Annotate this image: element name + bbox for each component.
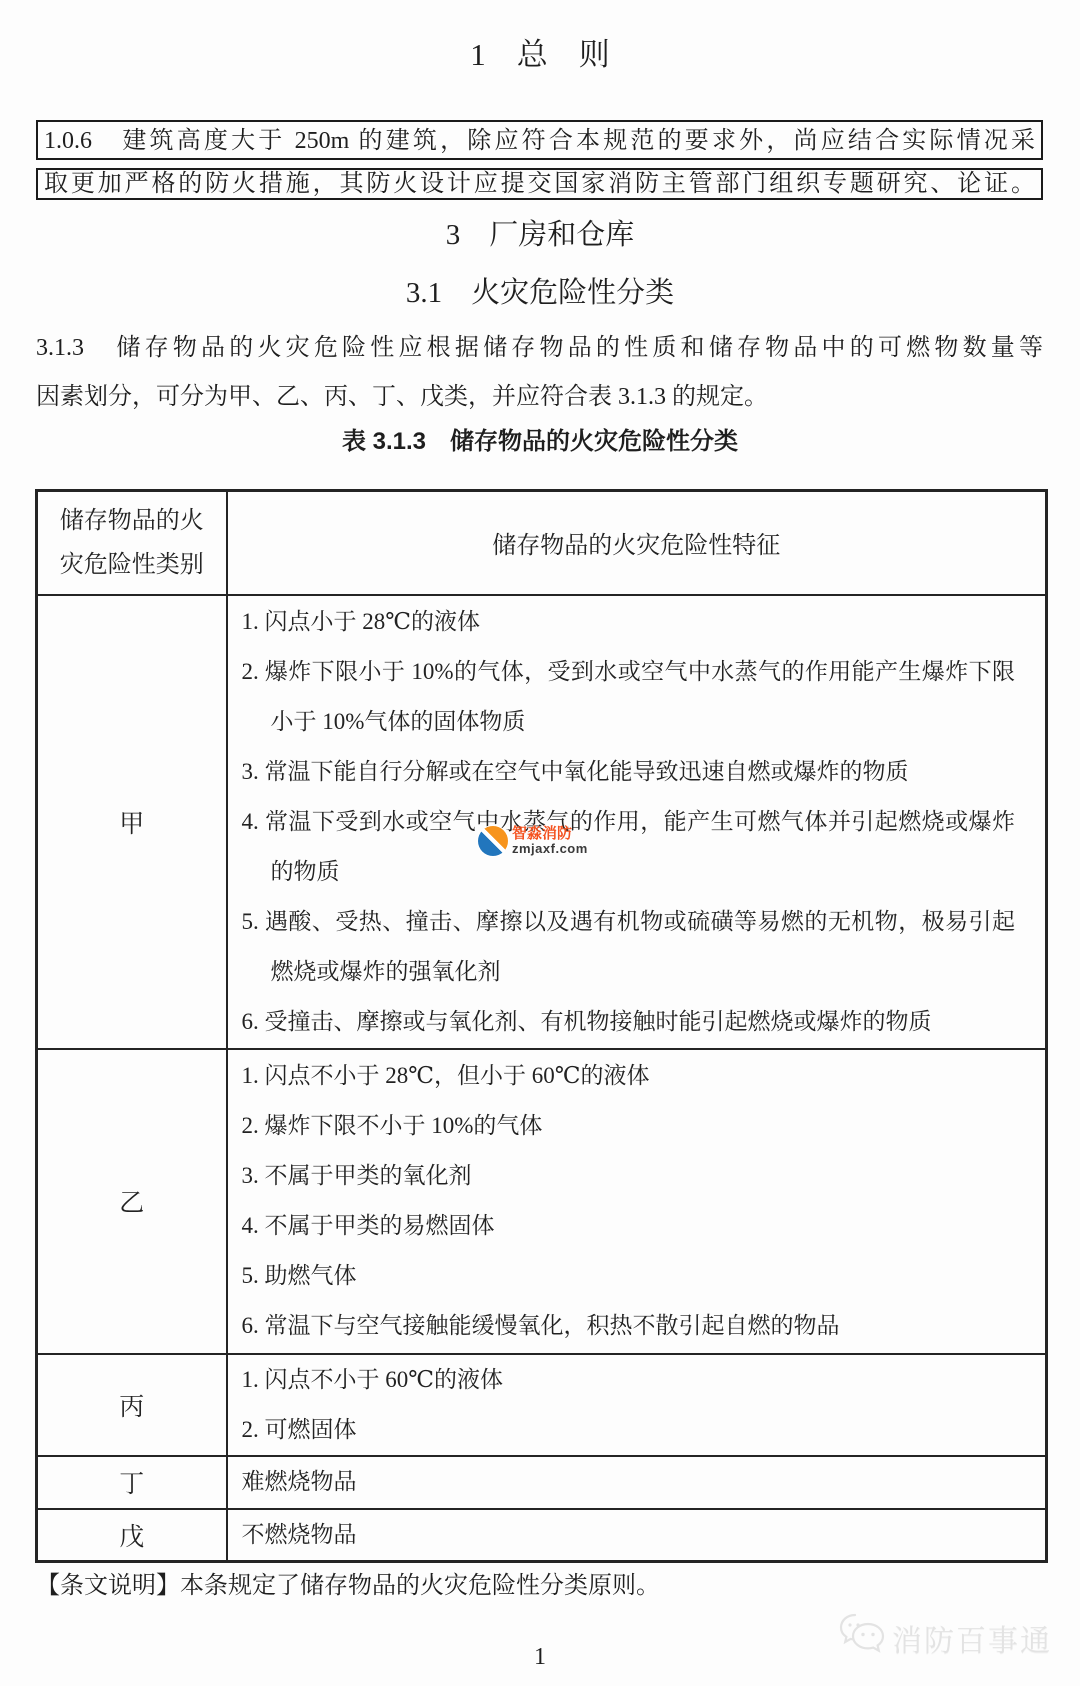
feature-item: 不燃烧物品: [242, 1510, 1016, 1560]
table-caption: 表 3.1.3 储存物品的火灾危险性分类: [0, 421, 1080, 456]
feature-item: 5. 遇酸、受热、撞击、摩擦以及遇有机物或硫磺等易燃的无机物，极易引起燃烧或爆炸…: [242, 897, 1016, 997]
table-row-jia: 甲 1. 闪点小于 28℃的液体 2. 爆炸下限小于 10%的气体，受到水或空气…: [37, 595, 1047, 1049]
watermark-brand-name: 智淼消防: [512, 826, 588, 842]
features-cell-ding: 难燃烧物品: [227, 1456, 1047, 1509]
feature-item: 1. 闪点小于 28℃的液体: [242, 597, 1016, 647]
table-row-yi: 乙 1. 闪点不小于 28℃，但小于 60℃的液体 2. 爆炸下限不小于 10%…: [37, 1049, 1047, 1354]
features-cell-yi: 1. 闪点不小于 28℃，但小于 60℃的液体 2. 爆炸下限不小于 10%的气…: [227, 1049, 1047, 1354]
regulation-box-line-1: 1.0.6 建筑高度大于 250m 的建筑，除应符合本规范的要求外，尚应结合实际…: [36, 120, 1043, 160]
table-row-wu: 戊 不燃烧物品: [37, 1509, 1047, 1562]
feature-item: 2. 爆炸下限小于 10%的气体，受到水或空气中水蒸气的作用能产生爆炸下限小于 …: [242, 647, 1016, 747]
category-cell-wu: 戊: [37, 1509, 227, 1562]
regulation-box-line-2: 取更加严格的防火措施，其防火设计应提交国家消防主管部门组织专题研究、论证。: [36, 168, 1043, 200]
zmjaxf-logo-icon: [478, 826, 508, 856]
category-cell-yi: 乙: [37, 1049, 227, 1354]
feature-item: 2. 爆炸下限不小于 10%的气体: [242, 1101, 1016, 1151]
hazard-classification-table: 储存物品的火灾危险性类别 储存物品的火灾危险性特征 甲 1. 闪点小于 28℃的…: [35, 489, 1048, 1563]
feature-item: 5. 助燃气体: [242, 1251, 1016, 1301]
features-cell-jia: 1. 闪点小于 28℃的液体 2. 爆炸下限小于 10%的气体，受到水或空气中水…: [227, 595, 1047, 1049]
clause-3-1-3: 3.1.3 储存物品的火灾危险性应根据储存物品的性质和储存物品中的可燃物数量等 …: [36, 324, 1043, 422]
page-number: 1: [0, 1644, 1080, 1671]
watermark-site-url: zmjaxf.com: [512, 842, 588, 856]
feature-item: 3. 常温下能自行分解或在空气中氧化能导致迅速自燃或爆炸的物质: [242, 747, 1016, 797]
category-cell-bing: 丙: [37, 1354, 227, 1456]
document-page: 1 总 则 1.0.6 建筑高度大于 250m 的建筑，除应符合本规范的要求外，…: [0, 0, 1080, 1686]
category-header-cell: 储存物品的火灾危险性类别: [37, 491, 227, 595]
zmjaxf-watermark: 智淼消防 zmjaxf.com: [478, 826, 588, 856]
zmjaxf-watermark-text: 智淼消防 zmjaxf.com: [512, 826, 588, 855]
feature-item: 4. 不属于甲类的易燃固体: [242, 1201, 1016, 1251]
feature-item: 难燃烧物品: [242, 1457, 1016, 1507]
feature-item: 6. 常温下与空气接触能缓慢氧化，积热不散引起自燃的物品: [242, 1301, 1016, 1351]
table-row-ding: 丁 难燃烧物品: [37, 1456, 1047, 1509]
features-cell-wu: 不燃烧物品: [227, 1509, 1047, 1562]
table-header-row: 储存物品的火灾危险性类别 储存物品的火灾危险性特征: [37, 491, 1047, 595]
feature-item: 3. 不属于甲类的氧化剂: [242, 1151, 1016, 1201]
feature-item: 1. 闪点不小于 60℃的液体: [242, 1355, 1016, 1405]
table-row-bing: 丙 1. 闪点不小于 60℃的液体 2. 可燃固体: [37, 1354, 1047, 1456]
category-cell-jia: 甲: [37, 595, 227, 1049]
doc-title: 1 总 则: [0, 34, 1080, 76]
features-header-cell: 储存物品的火灾危险性特征: [227, 491, 1047, 595]
features-cell-bing: 1. 闪点不小于 60℃的液体 2. 可燃固体: [227, 1354, 1047, 1456]
feature-item: 4. 常温下受到水或空气中水蒸气的作用，能产生可燃气体并引起燃烧或爆炸的物质: [242, 797, 1016, 897]
category-cell-ding: 丁: [37, 1456, 227, 1509]
chapter-heading: 3 厂房和仓库: [0, 212, 1080, 253]
section-heading: 3.1 火灾危险性分类: [0, 270, 1080, 311]
commentary-note: 【条文说明】本条规定了储存物品的火灾危险性分类原则。: [36, 1570, 660, 1602]
clause-3-1-3-line-1: 3.1.3 储存物品的火灾危险性应根据储存物品的性质和储存物品中的可燃物数量等: [36, 324, 1043, 373]
clause-3-1-3-line-2: 因素划分，可分为甲、乙、丙、丁、戊类，并应符合表 3.1.3 的规定。: [36, 373, 1043, 422]
feature-item: 2. 可燃固体: [242, 1405, 1016, 1455]
feature-item: 6. 受撞击、摩擦或与氧化剂、有机物接触时能引起燃烧或爆炸的物质: [242, 997, 1016, 1047]
feature-item: 1. 闪点不小于 28℃，但小于 60℃的液体: [242, 1051, 1016, 1101]
